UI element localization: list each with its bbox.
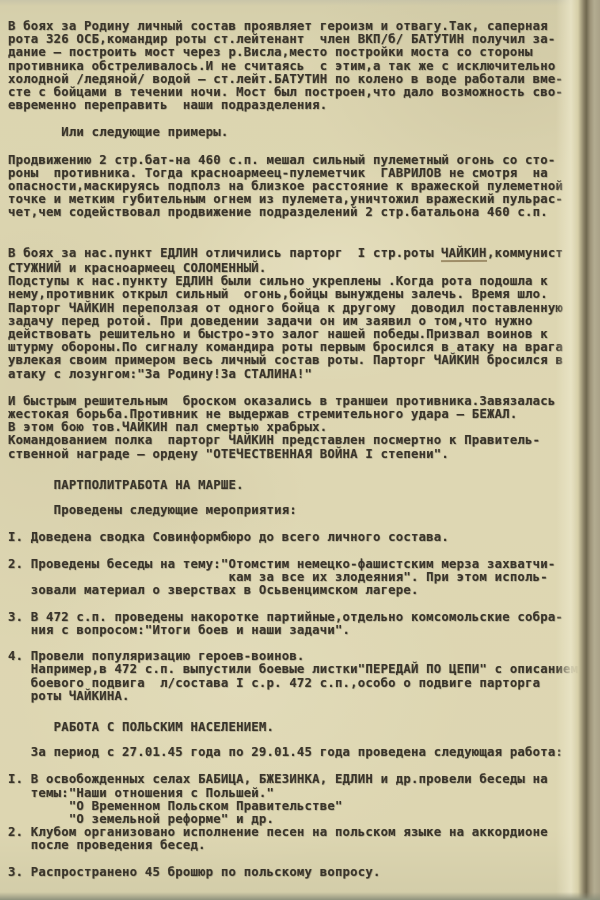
text-line: зовали материал о зверствах в Осьвенцимс…: [8, 584, 600, 597]
text-line: после проведения бесед.: [8, 839, 600, 852]
paragraph: В боях за Родину личный состав проявляет…: [8, 20, 600, 112]
section-heading: РАБОТА С ПОЛЬСКИМ НАСЕЛЕНИЕМ.: [8, 721, 600, 734]
text-line: ПАРТПОЛИТРАБОТА НА МАРШЕ.: [8, 479, 600, 492]
pencil-underlined-name: ЧАЙКИН: [441, 247, 487, 263]
text-line: [8, 545, 600, 558]
text-line: РАБОТА С ПОЛЬСКИМ НАСЕЛЕНИЕМ.: [8, 721, 600, 734]
paragraph: За период с 27.01.45 года по 29.01.45 го…: [8, 746, 600, 759]
text-line: 3. В 472 с.п. проведены накоротке партий…: [8, 611, 600, 624]
page-top-edge-shadow: [0, 0, 600, 6]
text-line: Проведены следующие мероприятия:: [8, 504, 600, 517]
text-line: ственной награде – ордену "ОТЕЧЕСТВЕННАЯ…: [8, 448, 600, 461]
paragraph: Или следующие примеры.: [8, 126, 600, 139]
paragraph: В боях за нас.пункт ЕДЛИН отличились пар…: [8, 247, 600, 381]
text-line: [8, 853, 600, 866]
page-bottom-edge-shadow: [0, 892, 600, 900]
text-line: роты ЧАЙКИНА.: [8, 690, 600, 703]
text-line: "О Временном Польском Правительстве": [8, 800, 600, 813]
text-line: боевого подвига л/состава I с.р. 472 с.п…: [8, 677, 600, 690]
text-line: Или следующие примеры.: [8, 126, 600, 139]
text-line: дание – построить мост через р.Висла,мес…: [8, 46, 600, 59]
text-line: I. В освобожденных селах БАБИЦА, БЖЕЗИНК…: [8, 773, 600, 786]
numbered-list: I. В освобожденных селах БАБИЦА, БЖЕЗИНК…: [8, 773, 600, 879]
text-line: 3. Распространено 45 брошюр по польскому…: [8, 866, 600, 879]
paragraph: Проведены следующие мероприятия:: [8, 504, 600, 517]
section-heading: ПАРТПОЛИТРАБОТА НА МАРШЕ.: [8, 479, 600, 492]
text-line: [8, 220, 600, 233]
text-line: I. Доведена сводка Совинформбюро до всег…: [8, 531, 600, 544]
numbered-list: I. Доведена сводка Совинформбюро до всег…: [8, 531, 600, 703]
document-blocks: В боях за Родину личный состав проявляет…: [8, 20, 600, 879]
text-line: Парторг ЧАЙКИН переползая от одного бойц…: [8, 302, 600, 315]
text-line: евременно переправить наши подразделения…: [8, 99, 600, 112]
paragraph: И быстрым решительным броском оказались …: [8, 395, 600, 461]
text-line: противника обстреливалось.И не считаясь …: [8, 60, 600, 73]
text-line: Например,в 472 с.п. выпустили боевые лис…: [8, 663, 600, 676]
text-line: темы:"Наши отношения с Польшей.": [8, 787, 600, 800]
paragraph: Продвижению 2 стр.бат-на 460 с.п. мешал …: [8, 154, 600, 233]
document-page: В боях за Родину личный состав проявляет…: [8, 20, 600, 893]
text-line: За период с 27.01.45 года по 29.01.45 го…: [8, 746, 600, 759]
text-line: Командованием полка парторг ЧАЙКИН предс…: [8, 434, 600, 447]
text-line: нему,противник открыл сильный огонь,бойц…: [8, 288, 600, 301]
text-line: ния с вопросом:"Итоги боев и наши задачи…: [8, 624, 600, 637]
text-line: Продвижению 2 стр.бат-на 460 с.п. мешал …: [8, 154, 600, 167]
text-line: атаку с лозунгом:"За Родину!За СТАЛИНА!": [8, 368, 600, 381]
text-line: 2. Проведены беседы на тему:"Отомстим не…: [8, 558, 600, 571]
text-line: [8, 597, 600, 610]
text-line: В боях за нас.пункт ЕДЛИН отличились пар…: [8, 247, 600, 262]
text-line: увлекая своим примером весь личный соста…: [8, 354, 600, 367]
text-line: чет,чем содействовал продвижение подразд…: [8, 206, 600, 219]
